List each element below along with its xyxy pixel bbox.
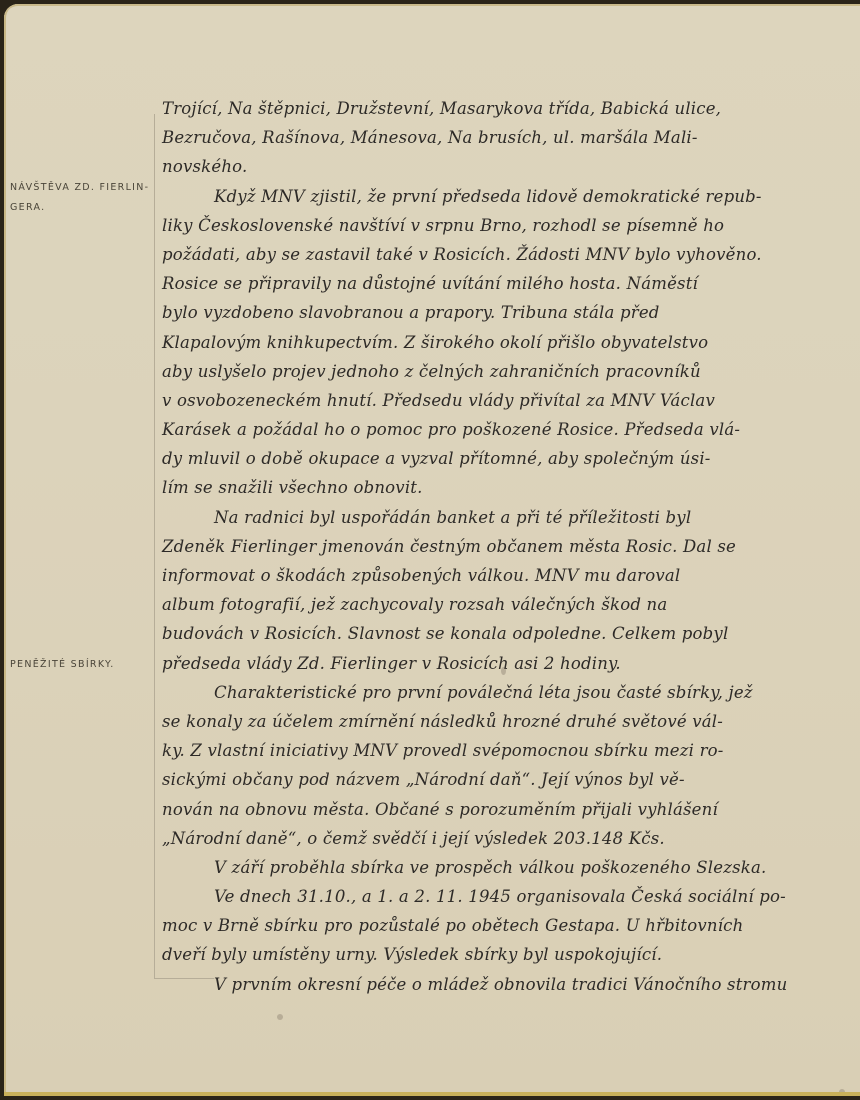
page-edge	[4, 1092, 860, 1096]
handwritten-line: Ve dnech 31.10., a 1. a 2. 11. 1945 orga…	[162, 882, 832, 911]
handwritten-line: Trojící, Na štěpnici, Družstevní, Masary…	[162, 94, 832, 123]
paper-stain	[501, 667, 506, 675]
handwritten-line: moc v Brně sbírku pro pozůstalé po oběte…	[162, 911, 832, 940]
handwritten-line: Když MNV zjistil, že první předseda lido…	[162, 182, 832, 211]
handwritten-line: v osvobozeneckém hnutí. Předsedu vlády p…	[162, 386, 832, 415]
handwritten-line: budovách v Rosicích. Slavnost se konala …	[162, 619, 832, 648]
side-label-line: Návštěva Zd. Fierlin-	[10, 178, 160, 198]
handwritten-line: dy mluvil o době okupace a vyzval přítom…	[162, 444, 832, 473]
handwritten-line: nován na obnovu města. Občané s porozumě…	[162, 795, 832, 824]
handwritten-line: Zdeněk Fierlinger jmenován čestným občan…	[162, 532, 832, 561]
handwritten-line: Na radnici byl uspořádán banket a při té…	[162, 503, 832, 532]
paper-stain	[277, 1014, 283, 1020]
handwritten-line: se konaly za účelem zmírnění následků hr…	[162, 707, 832, 736]
handwritten-line: album fotografií, jež zachycovaly rozsah…	[162, 590, 832, 619]
handwritten-line: sickými občany pod názvem „Národní daň“.…	[162, 765, 832, 794]
handwritten-line: aby uslyšelo projev jednoho z čelných za…	[162, 357, 832, 386]
handwritten-line: požádati, aby se zastavil také v Rosicíc…	[162, 240, 832, 269]
handwritten-line: Bezručova, Rašínova, Mánesova, Na brusíc…	[162, 123, 832, 152]
handwritten-line: novského.	[162, 152, 832, 181]
side-label-navsteva: Návštěva Zd. Fierlin- gera.	[10, 178, 160, 218]
side-label-line: gera.	[10, 198, 160, 218]
handwritten-line: bylo vyzdobeno slavobranou a prapory. Tr…	[162, 298, 832, 327]
chronicle-page: Návštěva Zd. Fierlin- gera. Peněžité sbí…	[4, 4, 860, 1096]
handwritten-line: Karásek a požádal ho o pomoc pro poškoze…	[162, 415, 832, 444]
handwritten-line: dveří byly umístěny urny. Výsledek sbírk…	[162, 940, 832, 969]
margin-rule	[154, 114, 155, 979]
handwritten-line: ky. Z vlastní iniciativy MNV provedl své…	[162, 736, 832, 765]
handwritten-line: informovat o škodách způsobených válkou.…	[162, 561, 832, 590]
handwritten-body: Trojící, Na štěpnici, Družstevní, Masary…	[162, 94, 832, 999]
handwritten-line: Rosice se připravily na důstojné uvítání…	[162, 269, 832, 298]
side-label-penezite-sbirky: Peněžité sbírky.	[10, 655, 160, 675]
handwritten-line: Klapalovým knihkupectvím. Z širokého oko…	[162, 328, 832, 357]
handwritten-line: liky Československé navštíví v srpnu Brn…	[162, 211, 832, 240]
handwritten-line: Charakteristické pro první poválečná lét…	[162, 678, 832, 707]
handwritten-line: „Národní daně“, o čemž svědčí i její výs…	[162, 824, 832, 853]
handwritten-line: lím se snažili všechno obnovit.	[162, 473, 832, 502]
side-label-line: Peněžité sbírky.	[10, 655, 160, 675]
handwritten-line: V září proběhla sbírka ve prospěch válko…	[162, 853, 832, 882]
handwritten-line: předseda vlády Zd. Fierlinger v Rosicích…	[162, 649, 832, 678]
handwritten-line: V prvním okresní péče o mládež obnovila …	[162, 970, 832, 999]
